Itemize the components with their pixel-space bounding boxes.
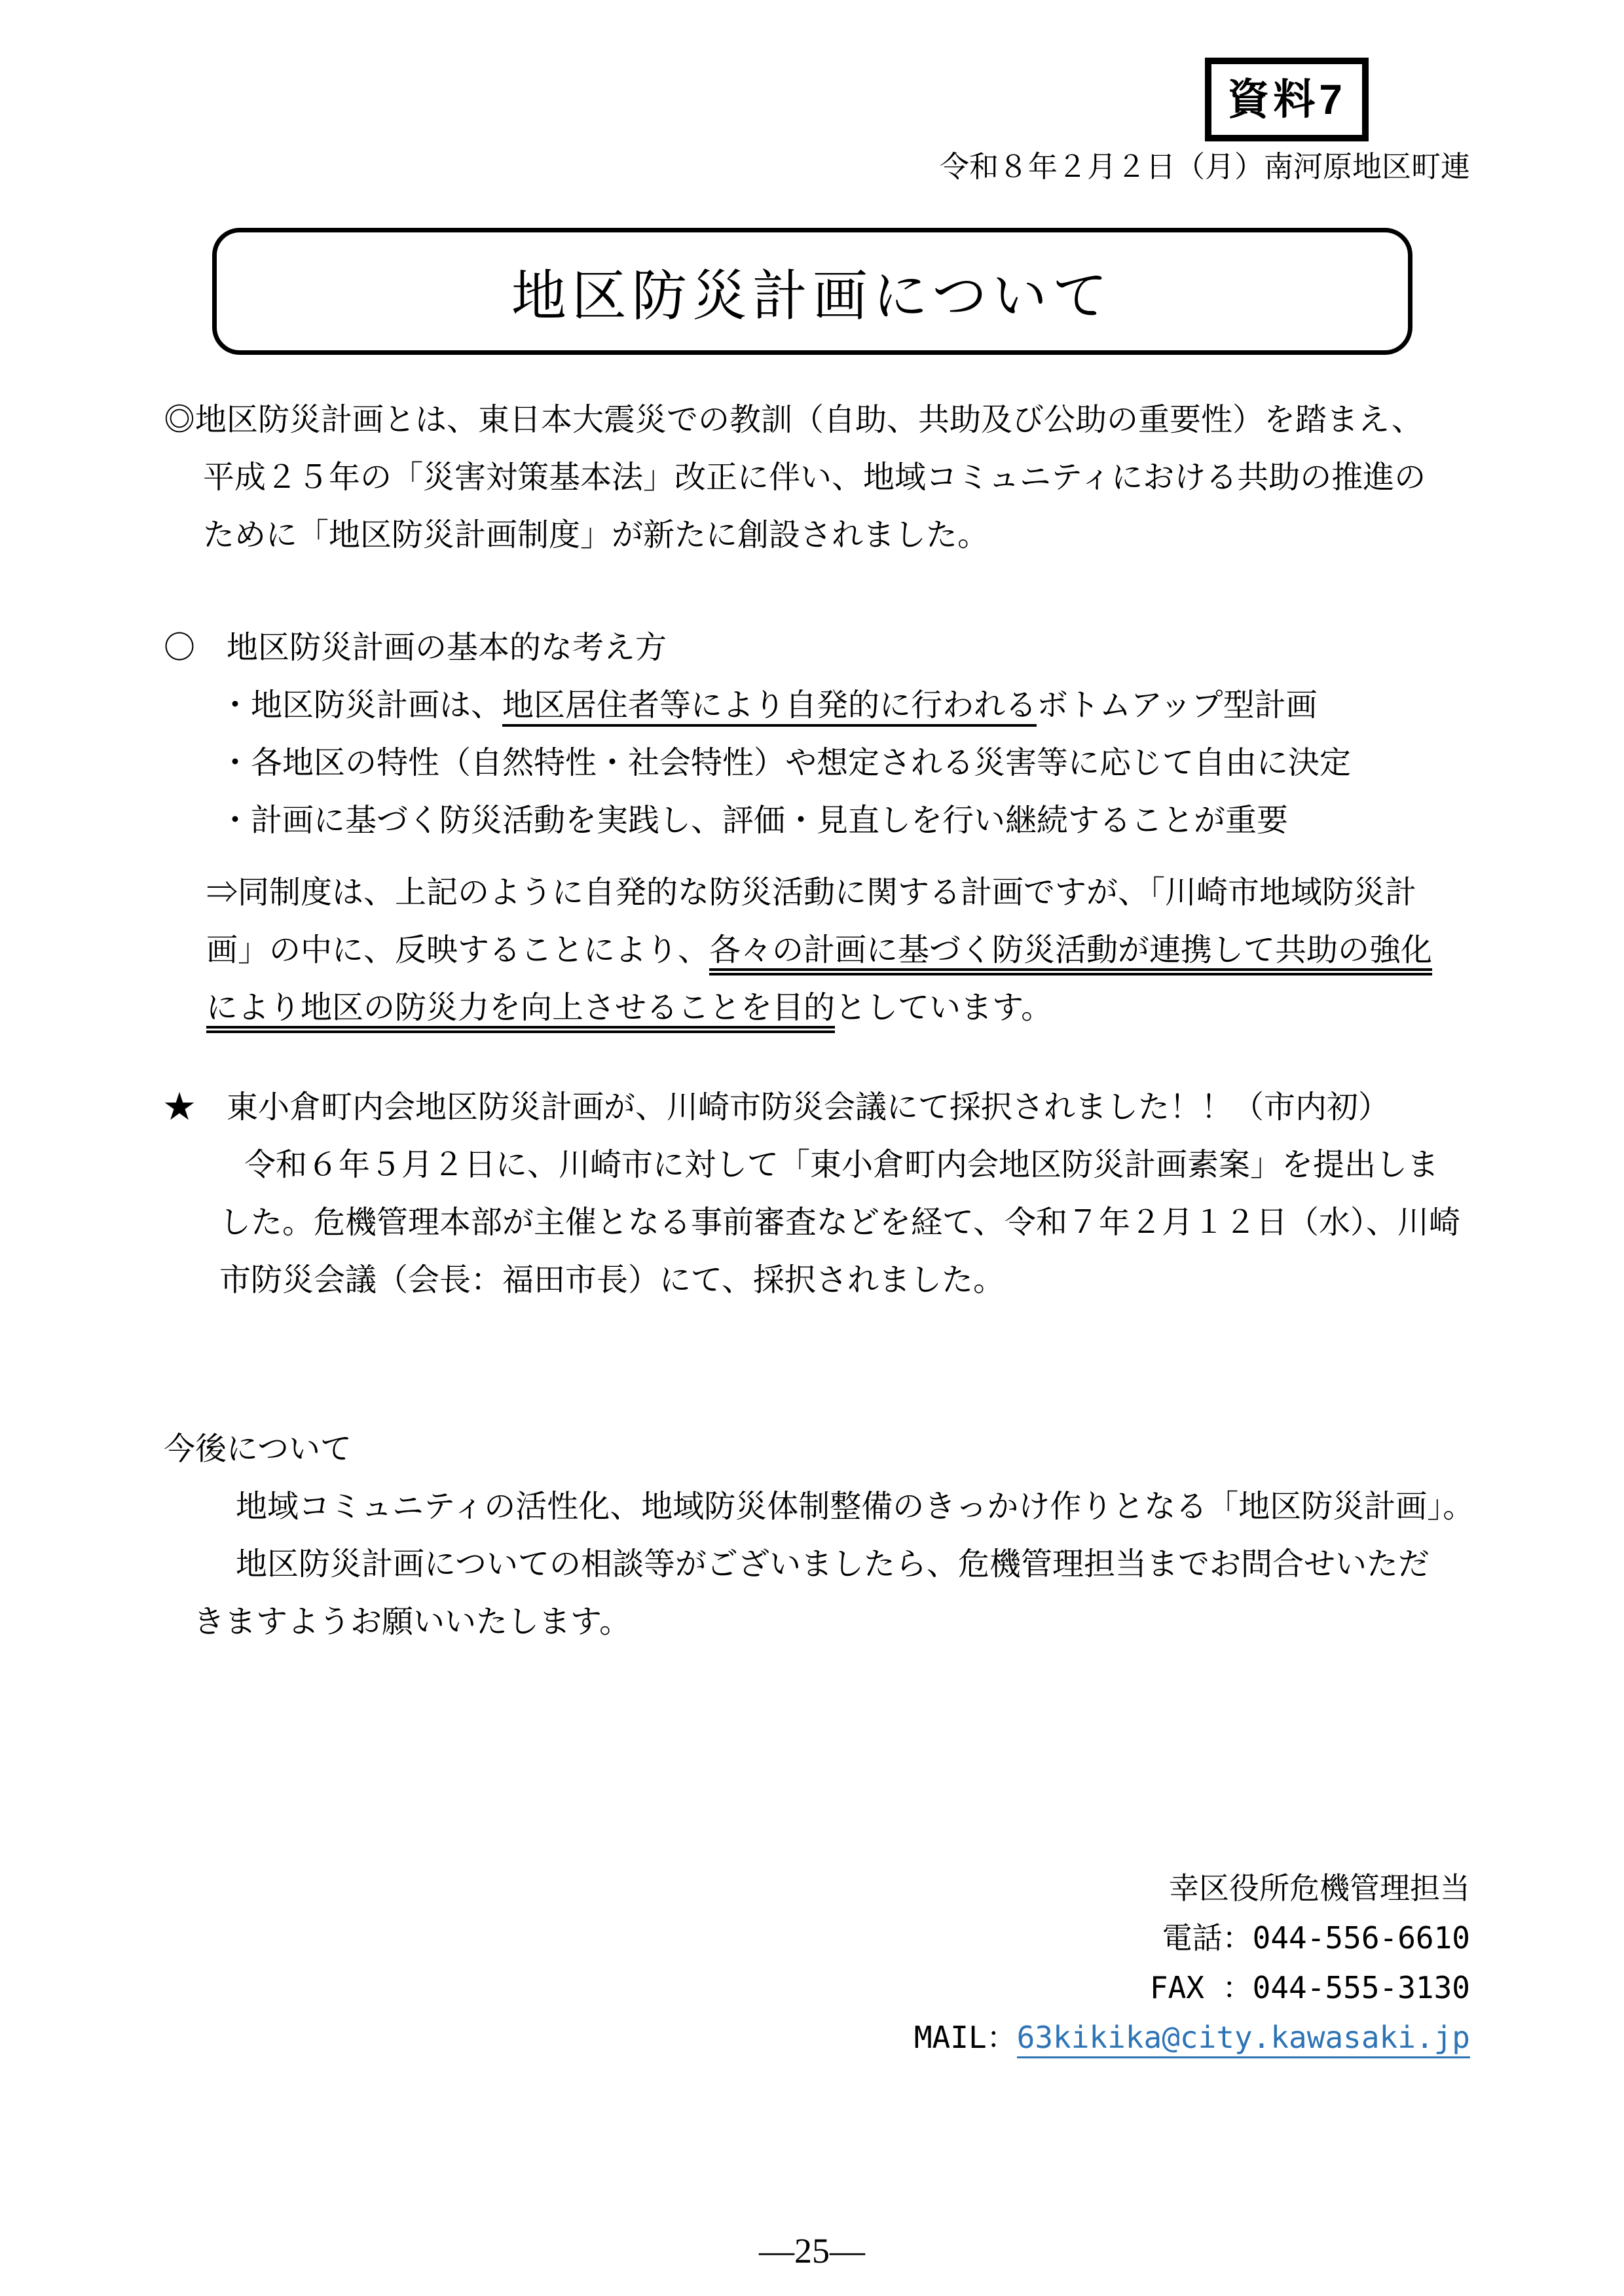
page-title: 地区防災計画について (511, 252, 1113, 331)
text-line: により地区の防災力を向上させることを目的としています。 (164, 979, 1493, 1037)
arrow-paragraph: ⇒同制度は、上記のように自発的な防災活動に関する計画ですが、「川崎市地域防災計 … (164, 864, 1493, 1037)
doc-label-row: 資料7 (0, 0, 1624, 141)
text-line: 地区防災計画についての相談等がございましたら、危機管理担当までお問合せいただ (164, 1536, 1493, 1594)
star-heading: ★ 東小倉町内会地区防災計画が、川崎市防災会議にて採択されました！！（市内初） (164, 1079, 1493, 1137)
document-body: ◎地区防災計画とは、東日本大震災での教訓（自助、共助及び公助の重要性）を踏まえ、… (0, 355, 1624, 1651)
text-line: 画」の中に、反映することにより、各々の計画に基づく防災活動が連携して共助の強化 (164, 922, 1493, 979)
text-segment: ・地区防災計画は、 (219, 688, 502, 723)
contact-name: 幸区役所危機管理担当 (0, 1863, 1470, 1913)
section-heading: 今後について (164, 1421, 1493, 1478)
mail-link[interactable]: 63kikika@city.kawasaki.jp (1017, 2020, 1470, 2058)
star-announcement-section: ★ 東小倉町内会地区防災計画が、川崎市防災会議にて採択されました！！（市内初） … (164, 1079, 1493, 1309)
text-line: ◎地区防災計画とは、東日本大震災での教訓（自助、共助及び公助の重要性）を踏まえ、 (164, 392, 1493, 449)
underlined-text: 地区居住者等により自発的に行われる (502, 688, 1037, 727)
double-underlined-text: 各々の計画に基づく防災活動が連携して共助の強化 (709, 933, 1432, 975)
date-line: 令和８年２月２日（月）南河原地区町連 (0, 149, 1624, 185)
bullet-item: ・各地区の特性（自然特性・社会特性）や想定される災害等に応じて自由に決定 (164, 735, 1493, 792)
section-heading: 〇 地区防災計画の基本的な考え方 (164, 619, 1493, 677)
text-line: ために「地区防災計画制度」が新たに創設されました。 (164, 507, 1493, 564)
document-number-badge: 資料7 (1205, 58, 1369, 141)
mail-label: MAIL： (914, 2020, 1017, 2055)
text-line: 平成２５年の「災害対策基本法」改正に伴い、地域コミュニティにおける共助の推進の (164, 449, 1493, 507)
page-number: ―25― (0, 2231, 1624, 2271)
double-underlined-text: により地区の防災力を向上させることを目的 (206, 991, 835, 1033)
intro-paragraph: ◎地区防災計画とは、東日本大震災での教訓（自助、共助及び公助の重要性）を踏まえ、… (164, 392, 1493, 564)
text-line: ⇒同制度は、上記のように自発的な防災活動に関する計画ですが、「川崎市地域防災計 (164, 864, 1493, 922)
text-line: 令和６年５月２日に、川崎市に対して「東小倉町内会地区防災計画素案」を提出しま (164, 1137, 1493, 1194)
text-line: きますようお願いいたします。 (164, 1594, 1493, 1651)
title-box: 地区防災計画について (212, 228, 1412, 355)
contact-tel: 電話：044-556-6610 (0, 1913, 1470, 1963)
text-line: 市防災会議（会長：福田市長）にて、採択されました。 (164, 1252, 1493, 1309)
text-line: 地域コミュニティの活性化、地域防災体制整備のきっかけ作りとなる「地区防災計画」。 (164, 1478, 1493, 1536)
text-segment: ボトムアップ型計画 (1037, 688, 1318, 723)
contact-fax: FAX ：044-555-3130 (0, 1963, 1470, 2013)
basic-concept-section: 〇 地区防災計画の基本的な考え方 ・地区防災計画は、地区居住者等により自発的に行… (164, 619, 1493, 850)
text-segment: 画」の中に、反映することにより、 (206, 933, 709, 968)
bullet-item: ・地区防災計画は、地区居住者等により自発的に行われるボトムアップ型計画 (164, 677, 1493, 735)
text-segment: としています。 (835, 991, 1052, 1025)
document-page: 資料7 令和８年２月２日（月）南河原地区町連 地区防災計画について ◎地区防災計… (0, 0, 1624, 2296)
bullet-item: ・計画に基づく防災活動を実践し、評価・見直しを行い継続することが重要 (164, 792, 1493, 850)
text-line: した。危機管理本部が主催となる事前審査などを経て、令和７年２月１２日（水）、川崎 (164, 1194, 1493, 1252)
future-section: 今後について 地域コミュニティの活性化、地域防災体制整備のきっかけ作りとなる「地… (164, 1421, 1493, 1651)
contact-block: 幸区役所危機管理担当 電話：044-556-6610 FAX ：044-555-… (0, 1863, 1624, 2062)
contact-mail: MAIL：63kikika@city.kawasaki.jp (0, 2013, 1470, 2062)
